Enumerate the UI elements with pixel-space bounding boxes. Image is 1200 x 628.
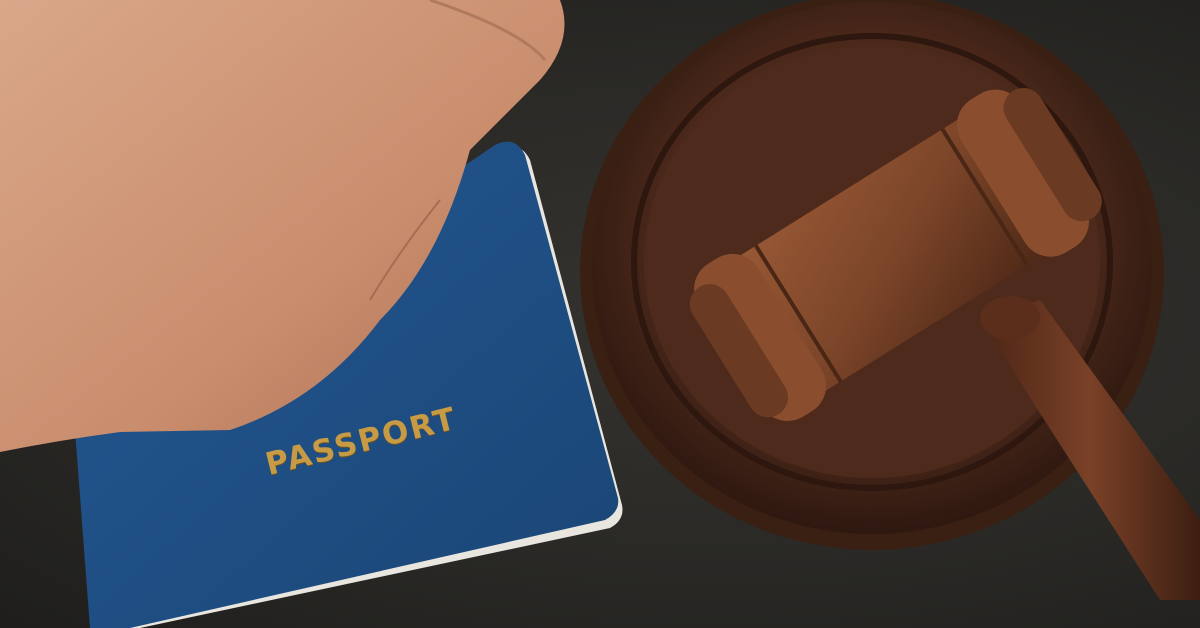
scene-illustration	[0, 0, 1200, 628]
photo-scene: PASSPORT	[0, 0, 1200, 628]
